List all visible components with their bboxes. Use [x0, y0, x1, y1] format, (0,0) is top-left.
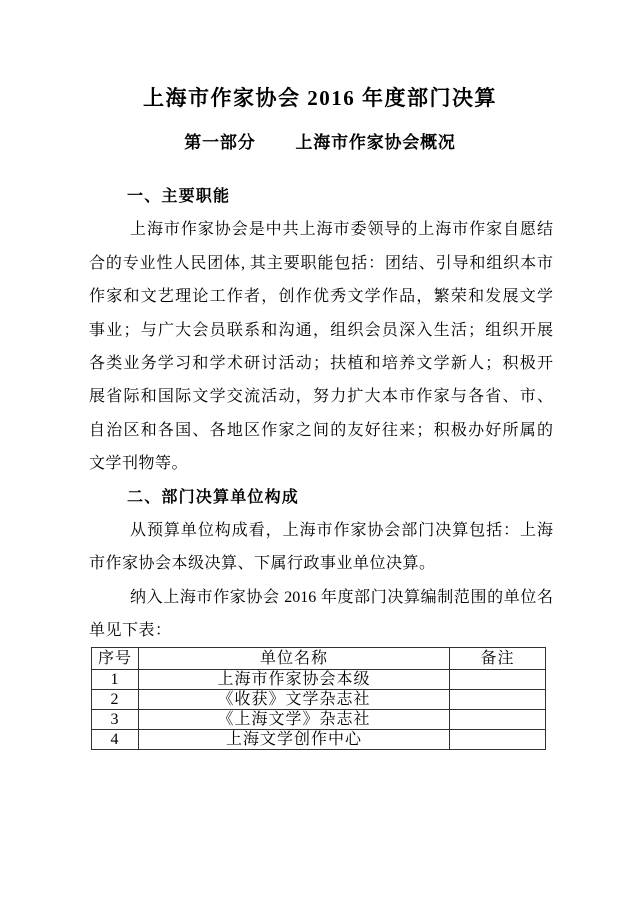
header-cell-note: 备注: [450, 648, 546, 670]
table-row: 2 《收获》文学杂志社: [92, 690, 546, 710]
cell-no: 1: [92, 670, 139, 690]
cell-name: 《收获》文学杂志社: [139, 690, 450, 710]
cell-no: 4: [92, 730, 139, 750]
cell-no: 3: [92, 710, 139, 730]
section2-heading: 二、部门决算单位构成: [89, 481, 553, 514]
body-line: 上海市作家协会是中共上海市委领导的上海市作家自愿结: [89, 213, 553, 246]
document-body: 一、主要职能 上海市作家协会是中共上海市委领导的上海市作家自愿结 合的专业性人民…: [89, 180, 553, 647]
cell-note: [450, 690, 546, 710]
part-name: 上海市作家协会概况: [296, 133, 456, 152]
table-row: 4 上海文学创作中心: [92, 730, 546, 750]
table-row: 3 《上海文学》杂志社: [92, 710, 546, 730]
cell-name: 上海文学创作中心: [139, 730, 450, 750]
cell-note: [450, 730, 546, 750]
cell-note: [450, 710, 546, 730]
body-line: 纳入上海市作家协会 2016 年度部门决算编制范围的单位名: [89, 581, 553, 614]
part-heading: 第一部分上海市作家协会概况: [0, 128, 640, 153]
part-label: 第一部分: [184, 133, 255, 152]
document-title: 上海市作家协会 2016 年度部门决算: [0, 82, 640, 112]
document-page: 上海市作家协会 2016 年度部门决算 第一部分上海市作家协会概况 一、主要职能…: [0, 0, 640, 905]
body-line: 市作家协会本级决算、下属行政事业单位决算。: [89, 547, 553, 580]
body-line: 单见下表：: [89, 614, 553, 647]
table-row: 1 上海市作家协会本级: [92, 670, 546, 690]
table-header-row: 序号 单位名称 备注: [92, 648, 546, 670]
body-line: 从预算单位构成看，上海市作家协会部门决算包括：上海: [89, 514, 553, 547]
body-line: 各类业务学习和学术研讨活动；扶植和培养文学新人；积极开: [89, 347, 553, 380]
body-line: 合的专业性人民团体, 其主要职能包括：团结、引导和组织本市: [89, 247, 553, 280]
units-table: 序号 单位名称 备注 1 上海市作家协会本级 2 《收获》文学杂志社 3 《上海…: [91, 647, 546, 750]
body-line: 文学刊物等。: [89, 447, 553, 480]
body-line: 作家和文艺理论工作者，创作优秀文学作品，繁荣和发展文学: [89, 280, 553, 313]
body-line: 事业；与广大会员联系和沟通，组织会员深入生活；组织开展: [89, 314, 553, 347]
header-cell-name: 单位名称: [139, 648, 450, 670]
body-line: 展省际和国际文学交流活动，努力扩大本市作家与各省、市、: [89, 380, 553, 413]
cell-name: 上海市作家协会本级: [139, 670, 450, 690]
header-cell-no: 序号: [92, 648, 139, 670]
body-line: 自治区和各国、各地区作家之间的友好往来；积极办好所属的: [89, 414, 553, 447]
cell-note: [450, 670, 546, 690]
cell-no: 2: [92, 690, 139, 710]
cell-name: 《上海文学》杂志社: [139, 710, 450, 730]
section1-heading: 一、主要职能: [89, 180, 553, 213]
